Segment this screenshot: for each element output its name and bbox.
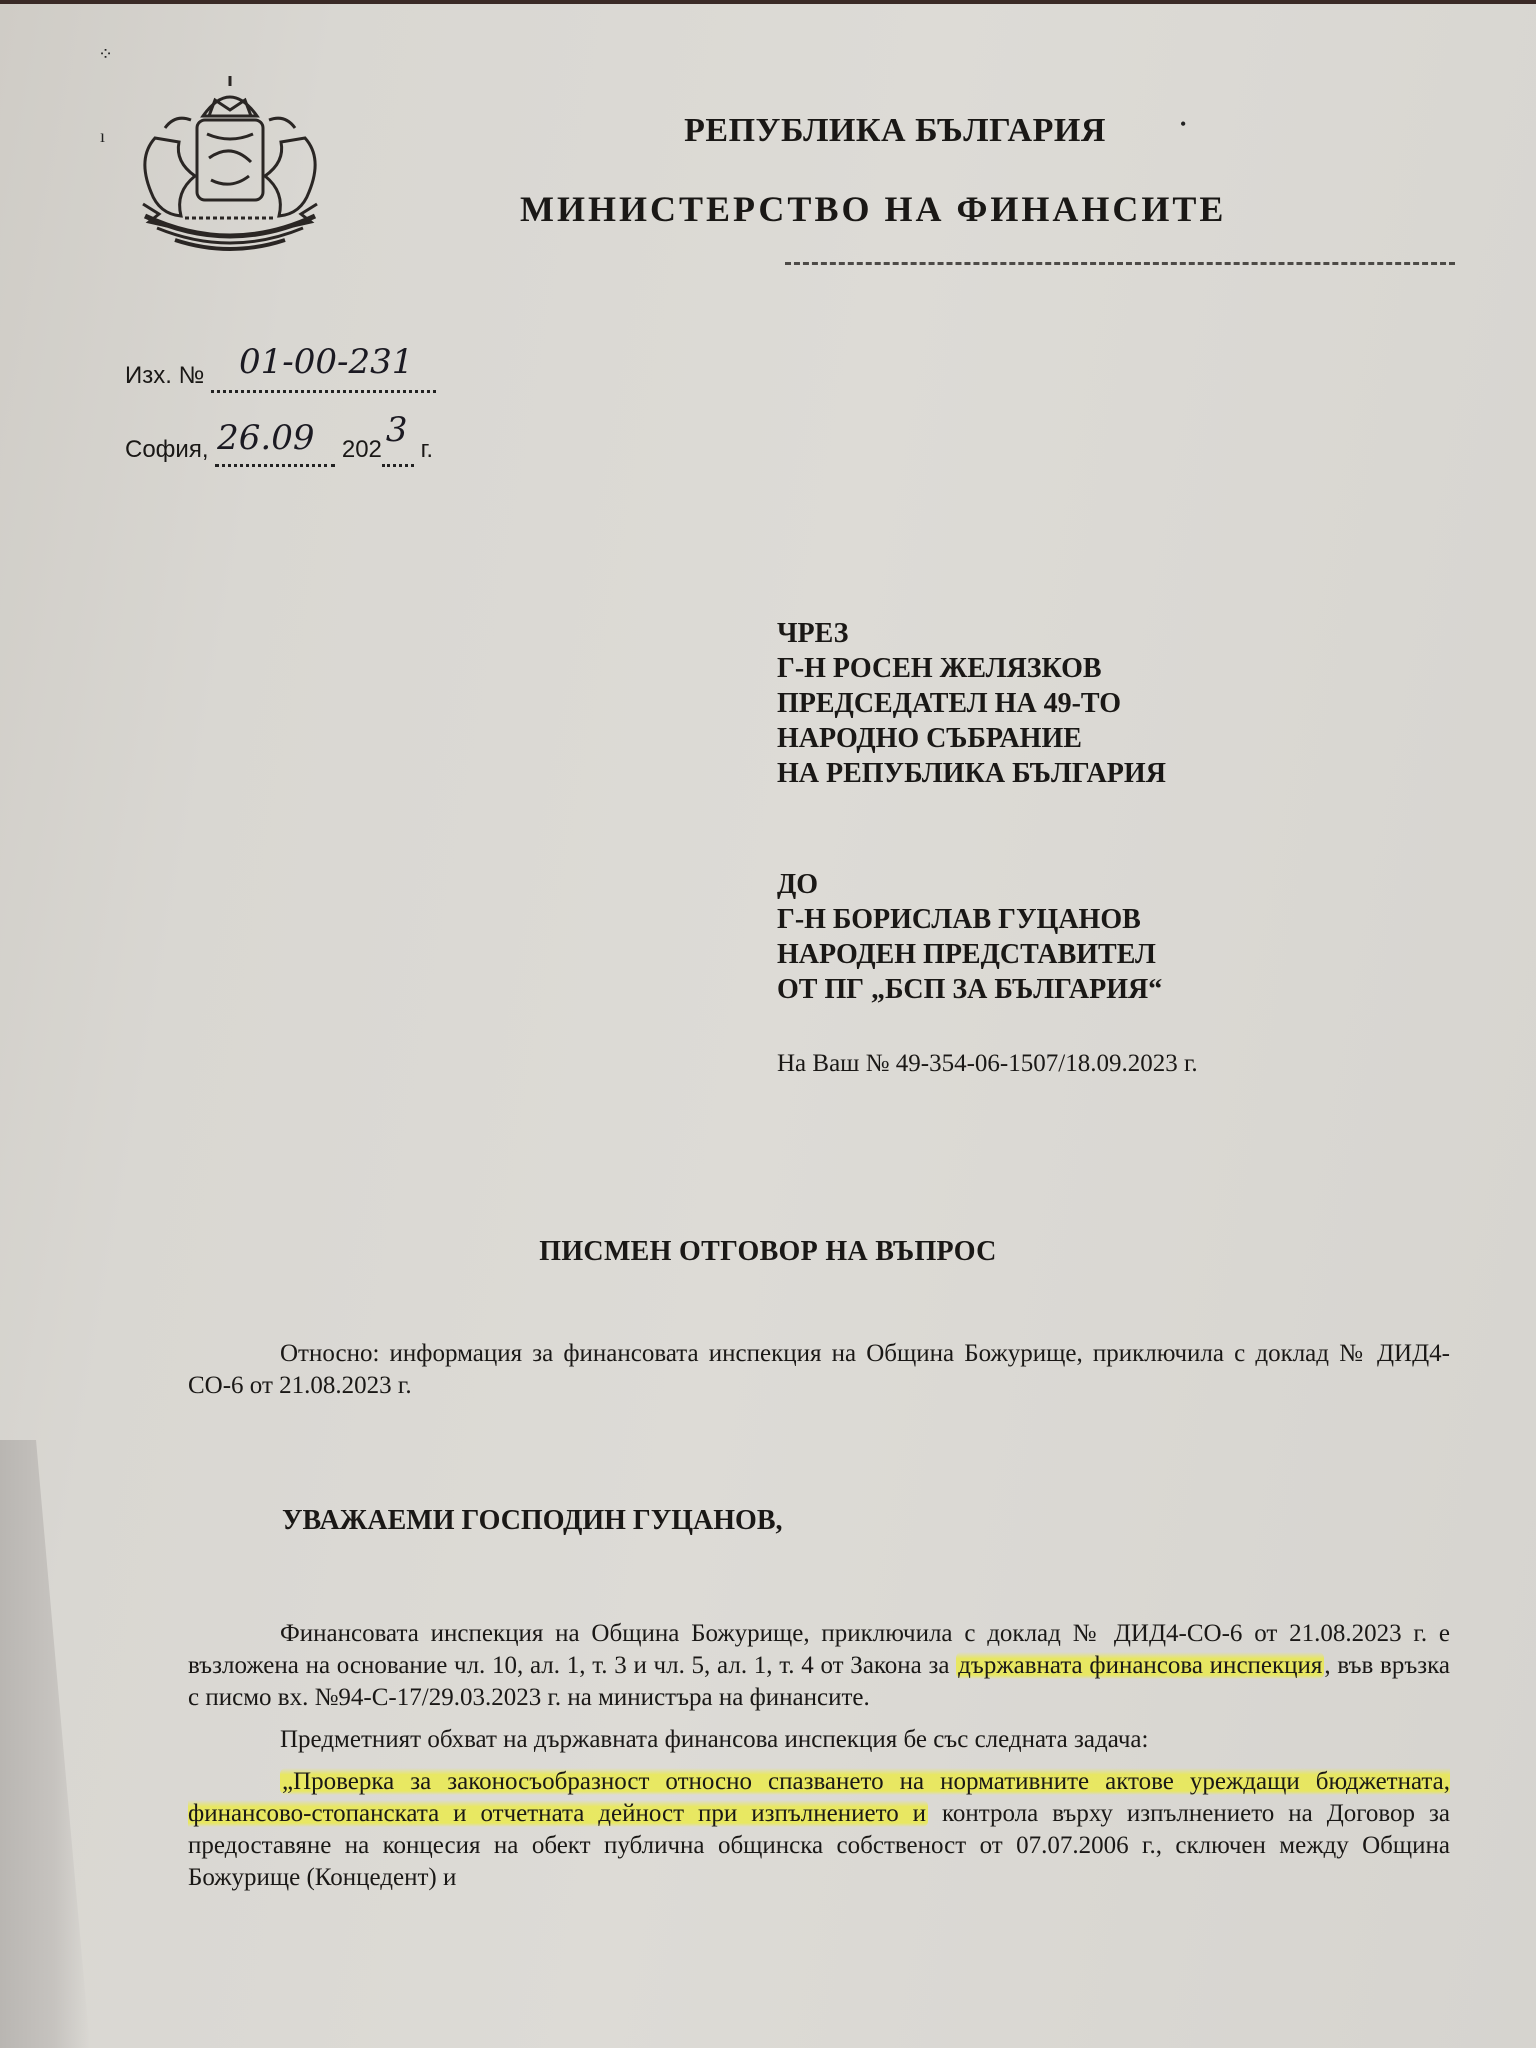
recipient-address-block: ДО Г-Н БОРИСЛАВ ГУЦАНОВ НАРОДЕН ПРЕДСТАВ… — [777, 867, 1162, 1007]
letterhead-country: РЕПУБЛИКА БЪЛГАРИЯ — [0, 112, 1536, 150]
recipient-line: ОТ ПГ „БСП ЗА БЪЛГАРИЯ“ — [777, 972, 1162, 1007]
bulgarian-coat-of-arms-icon — [125, 68, 335, 258]
recipient-line: НАРОДЕН ПРЕДСТАВИТЕЛ — [777, 937, 1162, 972]
via-line: НА РЕПУБЛИКА БЪЛГАРИЯ — [777, 756, 1166, 791]
body-paragraph-3: „Проверка за законосъобразност относно с… — [188, 1766, 1450, 1894]
via-line: ЧРЕЗ — [777, 616, 1166, 651]
date-handwritten: 26.09 — [217, 418, 314, 458]
photo-top-edge — [0, 0, 1536, 4]
recipient-line: Г-Н БОРИСЛАВ ГУЦАНОВ — [777, 902, 1162, 937]
outgoing-number-row: Изх. № 01-00-231 — [125, 362, 436, 393]
via-line: Г-Н РОСЕН ЖЕЛЯЗКОВ — [777, 651, 1166, 686]
recipient-line: ДО — [777, 867, 1162, 902]
via-line: НАРОДНО СЪБРАНИЕ — [777, 721, 1166, 756]
via-line: ПРЕДСЕДАТЕЛ НА 49-ТО — [777, 686, 1166, 721]
via-address-block: ЧРЕЗ Г-Н РОСЕН ЖЕЛЯЗКОВ ПРЕДСЕДАТЕЛ НА 4… — [777, 616, 1166, 791]
date-field: 26.09 — [215, 436, 335, 467]
paper-fold-shadow — [0, 1440, 90, 2048]
date-row: София, 26.09 2023 г. — [125, 436, 433, 467]
year-field: 3 — [382, 436, 414, 467]
subject-text: Относно: информация за финансовата инспе… — [188, 1338, 1450, 1402]
body-paragraph-1: Финансовата инспекция на Община Божурище… — [188, 1618, 1450, 1714]
city-label: София, — [125, 436, 209, 463]
letterhead-ministry: МИНИСТЕРСТВО НА ФИНАНСИТЕ — [520, 188, 1226, 230]
letter-body: Финансовата инспекция на Община Божурище… — [188, 1618, 1450, 1894]
year-handwritten: 3 — [386, 410, 408, 450]
body-paragraph-2: Предметният обхват на държавната финансо… — [188, 1724, 1450, 1756]
outgoing-number-label: Изх. № — [125, 362, 204, 389]
letterhead-divider — [785, 262, 1455, 265]
year-suffix: г. — [421, 436, 434, 463]
outgoing-number-field: 01-00-231 — [211, 362, 436, 393]
ink-speck: • — [1180, 114, 1186, 135]
subject-paragraph: Относно: информация за финансовата инспе… — [188, 1338, 1450, 1402]
salutation: УВАЖАЕМИ ГОСПОДИН ГУЦАНОВ, — [282, 1505, 783, 1537]
your-reference: На Ваш № 49-354-06-1507/18.09.2023 г. — [777, 1050, 1198, 1078]
year-printed: 202 — [342, 436, 382, 463]
ink-speck: ⁘ — [98, 44, 113, 65]
document-title: ПИСМЕН ОТГОВОР НА ВЪПРОС — [0, 1236, 1536, 1268]
outgoing-number-handwritten: 01-00-231 — [239, 342, 413, 382]
highlighted-text: държавната финансова инспекция — [956, 1652, 1324, 1679]
